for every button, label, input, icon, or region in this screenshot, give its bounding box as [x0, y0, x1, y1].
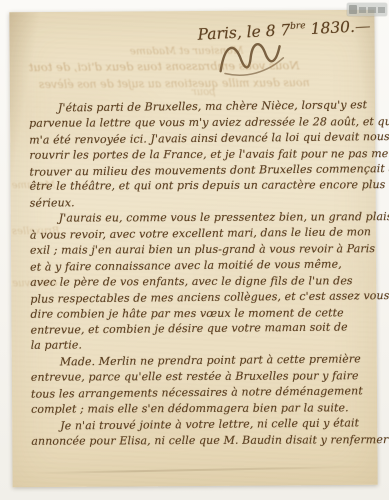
paper-crease	[34, 466, 366, 474]
signature-flourish-icon	[212, 30, 289, 82]
dateline-superscript: bre	[290, 21, 306, 32]
photo-backdrop: Paris, le 8 7bre 1830.— Monsieur et Mada…	[0, 0, 389, 500]
watermark-bar	[368, 7, 375, 13]
bleedthrough-fragment: pour	[192, 87, 216, 98]
body-line: plus respectables de mes anciens collègu…	[30, 288, 374, 307]
body-line: annoncée pour Elisa, ni celle que M. Bau…	[31, 432, 375, 449]
letter-body: J'étais parti de Bruxelles, ma chère Niè…	[29, 98, 375, 450]
dateline-year: 1830.	[305, 18, 355, 38]
dateline-flourish: —	[354, 17, 368, 36]
bleedthrough-line: nous deux mille questions au sujet de no…	[39, 76, 310, 91]
body-line: rouvrir les portes de la France, et je l…	[29, 146, 373, 163]
watermark-bar	[359, 7, 366, 13]
watermark-badge	[349, 5, 357, 14]
watermark-icon	[347, 3, 387, 16]
watermark-bar	[378, 7, 385, 13]
letter-paper: Paris, le 8 7bre 1830.— Monsieur et Mada…	[9, 10, 377, 488]
bleedthrough-line: Nous vous embrassons tous deux d'ici, de…	[29, 58, 300, 74]
